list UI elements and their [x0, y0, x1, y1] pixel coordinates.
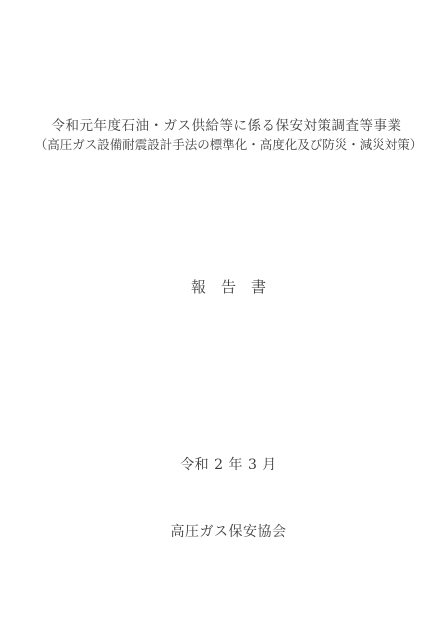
organization-name: 高圧ガス保安協会	[0, 521, 445, 541]
report-label: 報 告 書	[0, 276, 445, 297]
report-title-line-1: 令和元年度石油・ガス供給等に係る保安対策調査等事業	[0, 114, 445, 134]
publication-date: 令和 2 年 3 月	[0, 454, 445, 474]
report-title-line-2: （高圧ガス設備耐震設計手法の標準化・高度化及び防災・減災対策）	[0, 135, 445, 153]
report-cover-page: 令和元年度石油・ガス供給等に係る保安対策調査等事業 （高圧ガス設備耐震設計手法の…	[0, 0, 445, 630]
